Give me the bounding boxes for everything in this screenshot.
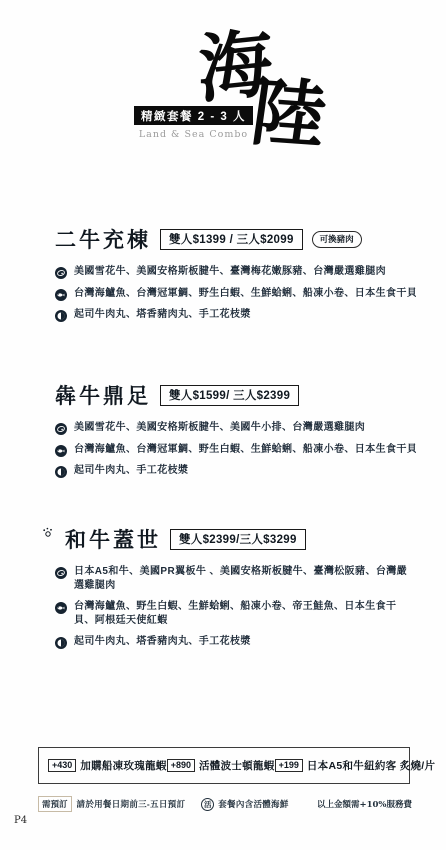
service-fee-note: 以上金額需+10%服務費 (317, 798, 412, 810)
addon-label: 加購船凍玫瑰龍蝦 (80, 758, 166, 773)
menu-item-row: 台灣海鱸魚、台灣冠軍鯛、野生白蝦、生鮮蛤蜊、船凍小卷、日本生食干貝 (55, 443, 421, 457)
price-box: 雙人$1599/ 三人$2399 (160, 385, 299, 406)
addon-item: +890 活體波士頓龍蝦 (167, 758, 275, 773)
combo-title: 和牛蓋世 (65, 524, 161, 554)
page-number: P4 (14, 815, 27, 826)
combo-section-1: 二牛充棟 雙人$1399 / 三人$2099 可換豬肉 美國雪花牛、美國安格斯板… (55, 224, 421, 330)
meat-icon (55, 422, 67, 434)
meat-items: 美國雪花牛、美國安格斯板腱牛、美國牛小排、台灣嚴選雞腿肉 (74, 421, 365, 435)
meatball-icon (55, 465, 67, 477)
footnotes: 需預訂 請於用餐日期前三-五日預訂 活 套餐內含活體海鮮 以上金額需+10%服務… (38, 796, 412, 812)
addon-price-badge: +890 (167, 759, 195, 772)
combo-title: 二牛充棟 (55, 224, 151, 254)
addon-price-badge: +199 (275, 759, 303, 772)
menu-item-row: 日本A5和牛、美國PR翼板牛 、美國安格斯板腱牛、臺灣松阪豬、台灣嚴選雞腿肉 (55, 565, 408, 592)
menu-page: 海 陸 精緻套餐 2 - 3 人 Land & Sea Combo 二牛充棟 雙… (0, 0, 446, 850)
seafood-items: 台灣海鱸魚、野生白蝦、生鮮蛤蜊、船凍小卷、帝王鮭魚、日本生食干貝、阿根廷天使紅蝦 (74, 600, 408, 627)
combo-section-3: 和牛蓋世 雙人$2399/三人$3299 日本A5和牛、美國PR翼板牛 、美國安… (42, 524, 408, 657)
handmade-items: 起司牛肉丸、塔香豬肉丸、手工花枝漿 (74, 308, 251, 322)
addon-label: 活體波士頓龍蝦 (199, 758, 275, 773)
meat-items: 日本A5和牛、美國PR翼板牛 、美國安格斯板腱牛、臺灣松阪豬、台灣嚴選雞腿肉 (74, 565, 408, 592)
meatball-icon (55, 636, 67, 648)
seafood-icon (55, 601, 67, 613)
menu-item-row: 起司牛肉丸、塔香豬肉丸、手工花枝漿 (55, 635, 408, 649)
meat-icon (55, 266, 67, 278)
meatball-icon (55, 309, 67, 321)
menu-item-row: 台灣海鱸魚、野生白蝦、生鮮蛤蜊、船凍小卷、帝王鮭魚、日本生食干貝、阿根廷天使紅蝦 (55, 600, 408, 627)
seafood-items: 台灣海鱸魚、台灣冠軍鯛、野生白蝦、生鮮蛤蜊、船凍小卷、日本生食干貝 (74, 287, 417, 301)
combo-subtitle: Land & Sea Combo (134, 129, 253, 140)
price-box: 雙人$1399 / 三人$2099 (160, 229, 303, 250)
combo-section-2: 犇牛鼎足 雙人$1599/ 三人$2399 美國雪花牛、美國安格斯板腱牛、美國牛… (55, 380, 421, 486)
addons-box: +430 加購船凍玫瑰龍蝦 +890 活體波士頓龍蝦 +199 日本A5和牛紐約… (38, 747, 410, 784)
menu-item-row: 美國雪花牛、美國安格斯板腱牛、美國牛小排、台灣嚴選雞腿肉 (55, 421, 421, 435)
seafood-icon (55, 444, 67, 456)
addon-item: +199 日本A5和牛紐約客 炙燒/片 (275, 758, 436, 773)
reserve-note: 請於用餐日期前三-五日預訂 (77, 798, 186, 810)
addon-label: 日本A5和牛紐約客 炙燒/片 (307, 758, 435, 773)
menu-item-row: 起司牛肉丸、手工花枝漿 (55, 464, 421, 478)
meat-items: 美國雪花牛、美國安格斯板腱牛、臺灣梅花嫩豚豬、台灣嚴選雞腿肉 (74, 265, 386, 279)
combo-title: 犇牛鼎足 (55, 380, 151, 410)
sparkle-icon (42, 525, 53, 543)
calligraphy-land: 陸 (247, 76, 331, 155)
menu-item-row: 起司牛肉丸、塔香豬肉丸、手工花枝漿 (55, 308, 421, 322)
menu-item-row: 台灣海鱸魚、台灣冠軍鯛、野生白蝦、生鮮蛤蜊、船凍小卷、日本生食干貝 (55, 287, 421, 301)
seafood-icon (55, 288, 67, 300)
meat-icon (55, 566, 67, 578)
combo-badge: 精緻套餐 2 - 3 人 (134, 106, 253, 125)
handmade-items: 起司牛肉丸、手工花枝漿 (74, 464, 188, 478)
price-box: 雙人$2399/三人$3299 (170, 529, 306, 550)
handmade-items: 起司牛肉丸、塔香豬肉丸、手工花枝漿 (74, 635, 251, 649)
seafood-items: 台灣海鱸魚、台灣冠軍鯛、野生白蝦、生鮮蛤蜊、船凍小卷、日本生食干貝 (74, 443, 417, 457)
addon-item: +430 加購船凍玫瑰龍蝦 (48, 758, 167, 773)
reserve-badge: 需預訂 (38, 796, 72, 812)
live-note: 套餐內含活體海鮮 (218, 798, 288, 810)
addon-price-badge: +430 (48, 759, 76, 772)
pork-swap-tag: 可換豬肉 (312, 231, 362, 248)
live-seafood-icon: 活 (201, 798, 214, 811)
menu-item-row: 美國雪花牛、美國安格斯板腱牛、臺灣梅花嫩豚豬、台灣嚴選雞腿肉 (55, 265, 421, 279)
